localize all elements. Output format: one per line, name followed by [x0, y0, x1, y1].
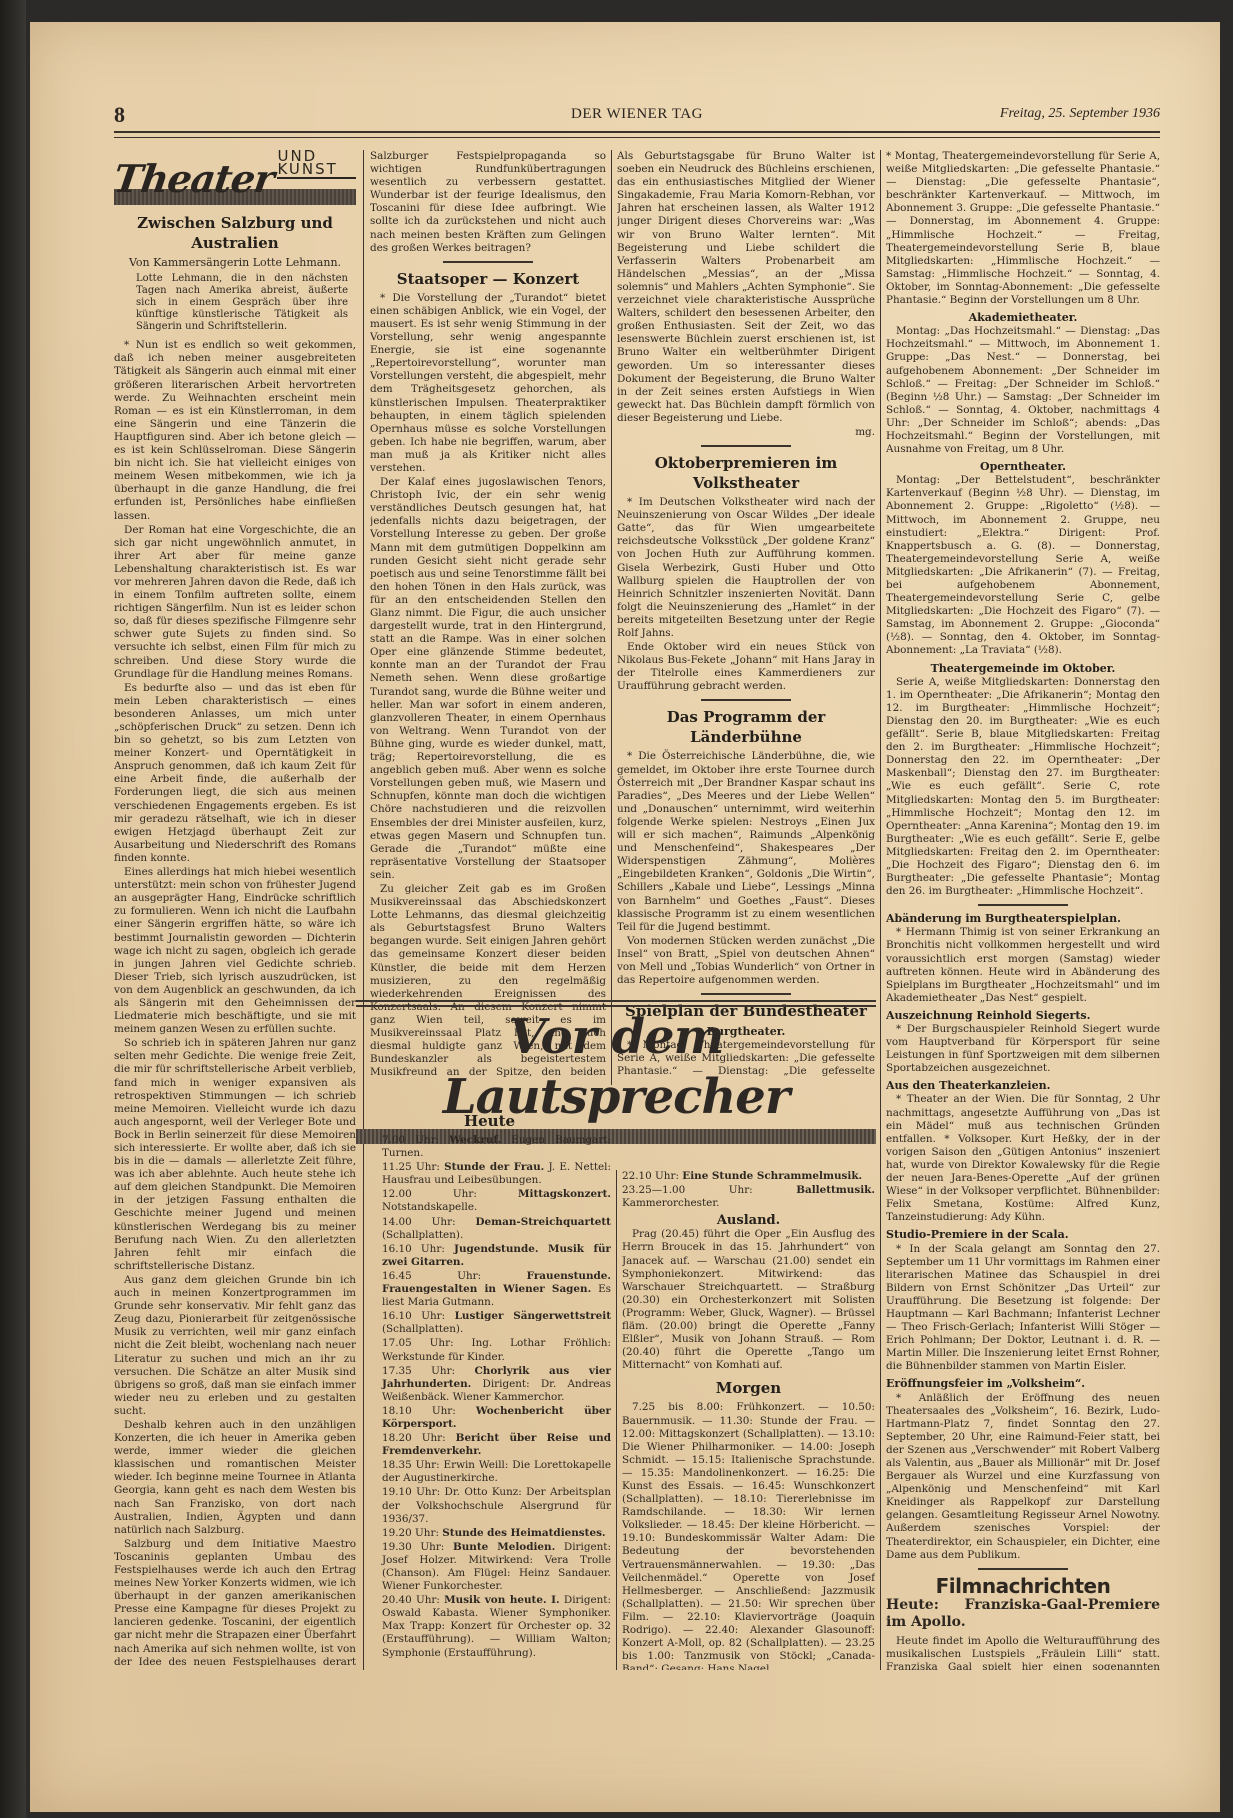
radio-entry: 16.10 Uhr: Jugendstunde. Musik für zwei …: [382, 1243, 611, 1269]
column-divider: [880, 150, 881, 1670]
book-binding-edge: [0, 0, 26, 1818]
radio-entry: 18.10 Uhr: Wochenbericht über Körperspor…: [382, 1405, 611, 1431]
section-title-caps: UND KUNST: [277, 150, 356, 179]
radio-entry: 16.45 Uhr: Frauenstunde. Frauengestalten…: [382, 1270, 611, 1309]
column-divider: [363, 150, 364, 1670]
banner-rule: [356, 1000, 876, 1007]
article-signature: mg.: [617, 426, 875, 439]
article-intro: Lotte Lehmann, die in den nächsten Tagen…: [136, 273, 348, 333]
radio-heading-abroad: Ausland.: [622, 1214, 875, 1227]
separator: [978, 904, 1068, 906]
separator: [978, 1568, 1068, 1570]
notice-text: * Hermann Thimig ist von seiner Erkranku…: [886, 926, 1160, 1005]
notice-text: * Anläßlich der Eröffnung des neuen Thea…: [886, 1392, 1160, 1562]
paragraph: Von modernen Stücken werden zunächst „Di…: [617, 935, 875, 987]
radio-entry: 18.35 Uhr: Erwin Weill: Die Loretto­kape…: [382, 1459, 611, 1485]
separator: [443, 261, 533, 263]
issue-date: Freitag, 25. September 1936: [1000, 106, 1160, 122]
radio-heading-tomorrow: Morgen: [622, 1378, 875, 1398]
notice-text: * Der Burgschauspieler Reinhold Siegert …: [886, 1023, 1160, 1075]
article-byline: Von Kammersängerin Lotte Lehmann.: [114, 256, 356, 269]
column-4: * Montag, Theatergemeindevorstellung für…: [886, 150, 1160, 1670]
column-1: Theater UND KUNST Zwischen Salzburg und …: [114, 150, 356, 1670]
radio-entry: 19.20 Uhr: Stunde des Heimatdienstes.: [382, 1527, 611, 1540]
radio-abroad-column: 22.10 Uhr: Eine Stunde Schrammelmusik. 2…: [622, 1170, 875, 1670]
paragraph: Salzburger Festspielpropaganda so wichti…: [370, 150, 606, 255]
radio-banner: Vor dem Lautsprecher: [356, 1000, 876, 1095]
radio-entry: 20.40 Uhr: Musik von heute. I. Dirigent:…: [382, 1594, 611, 1659]
paragraph: * Nun ist es endlich so weit gekommen, d…: [114, 339, 356, 522]
paragraph: Der Kalaf eines jugoslawischen Tenors, C…: [370, 476, 606, 882]
paragraph: * Montag, Theatergemeindevorstellung für…: [886, 150, 1160, 307]
radio-entry: 14.00 Uhr: Deman-Streichquartett (Schall…: [382, 1216, 611, 1242]
notice-text: * Theater an der Wien. Die für Sonntag, …: [886, 1093, 1160, 1224]
radio-entry: 17.05 Uhr: Ing. Lothar Fröhlich: Werkstu…: [382, 1337, 611, 1363]
notice-heading: Auszeichnung Reinhold Siegerts.: [886, 1009, 1160, 1022]
masthead-rule: [114, 131, 1160, 138]
radio-today-column: Heute 7.00 Uhr: Weckruf. Eugen Baumgart:…: [368, 1105, 611, 1670]
radio-heading-today: Heute: [368, 1111, 611, 1131]
paragraph: Salzburg und dem Initiative Maestro Tosc…: [114, 1538, 356, 1670]
notice-heading: Eröffnungsfeier im „Volksheim“.: [886, 1377, 1160, 1390]
notice-heading: Abänderung im Burgtheaterspielplan.: [886, 912, 1160, 925]
paragraph: Serie A, weiße Mitgliedskarten: Donnerst…: [886, 676, 1160, 899]
article-headline: Oktoberpremieren im Volkstheater: [617, 453, 875, 493]
film-text: Heute findet im Apollo die Welturaufführ…: [886, 1635, 1160, 1670]
masthead: 8 DER WIENER TAG Freitag, 25. September …: [114, 102, 1160, 130]
radio-entry: 22.10 Uhr: Eine Stunde Schrammelmusik.: [622, 1170, 875, 1183]
paragraph: Ende Oktober wird ein neues Stück von Ni…: [617, 641, 875, 693]
notice-text: * In der Scala gelangt am Sonntag den 27…: [886, 1243, 1160, 1374]
paragraph: * Die Österreichische Länderbühne, die, …: [617, 750, 875, 933]
radio-abroad-text: Prag (20.45) führt die Oper „Ein Ausflug…: [622, 1228, 875, 1372]
paragraph: * Im Deutschen Volkstheater wird nach de…: [617, 496, 875, 640]
film-section-title: Filmnachrichten: [886, 1580, 1160, 1593]
paragraph: * Die Vorstellung der „Turandot“ bietet …: [370, 292, 606, 475]
paragraph: Deshalb kehren auch in den unzähligen Ko…: [114, 1419, 356, 1537]
paragraph: Als Geburtstagsgabe für Bruno Walter ist…: [617, 150, 875, 425]
paragraph: Montag: „Das Hochzeitsmahl.“ — Dienstag:…: [886, 325, 1160, 456]
column-divider: [611, 150, 612, 1085]
paragraph: Eines allerdings hat mich hiebei wesentl…: [114, 866, 356, 1036]
radio-entry: 12.00 Uhr: Mittagskonzert. Notstandskape…: [382, 1188, 611, 1214]
radio-entry: 23.25—1.00 Uhr: Ballettmusik. Kammerorch…: [622, 1184, 875, 1210]
column-2: Salzburger Festspielpropaganda so wichti…: [370, 150, 606, 1080]
column-3: Als Geburtstagsgabe für Bruno Walter ist…: [617, 150, 875, 1080]
paragraph: Es bedurfte also — und das ist eben für …: [114, 682, 356, 865]
article-headline: Staatsoper — Konzert: [370, 269, 606, 289]
article-headline: Das Programm der Länderbühne: [617, 707, 875, 747]
radio-entry: 7.00 Uhr: Weckruf. Eugen Baumgart: Turne…: [382, 1134, 611, 1160]
notice-heading: Aus den Theaterkanzleien.: [886, 1079, 1160, 1092]
radio-entry: 19.10 Uhr: Dr. Otto Kunz: Der Arbeitspla…: [382, 1486, 611, 1525]
radio-entry: 16.10 Uhr: Lustiger Sängerwettstreit (Sc…: [382, 1310, 611, 1336]
section-title-script: Theater: [114, 172, 274, 185]
radio-entry: 17.35 Uhr: Chorlyrik aus vier Jahrhunder…: [382, 1365, 611, 1404]
paragraph: Montag: „Der Bettelstudent“, beschränkte…: [886, 474, 1160, 657]
paragraph: So schrieb ich in späteren Jahren nur ga…: [114, 1037, 356, 1273]
separator: [701, 993, 791, 995]
column-divider: [616, 1170, 617, 1670]
article-headline: Zwischen Salzburg und Australien: [114, 213, 356, 253]
radio-tomorrow-text: 7.25 bis 8.00: Frühkonzert. — 10.50: Bau…: [622, 1401, 875, 1670]
radio-entry: 18.20 Uhr: Bericht über Reise und Fremde…: [382, 1432, 611, 1458]
notice-heading: Studio-Premiere in der Scala.: [886, 1228, 1160, 1241]
film-headline: Heute: Franziska-Gaal-Premiere im Apollo…: [886, 1597, 1160, 1631]
subheading: Operntheater.: [886, 460, 1160, 473]
section-logo: Theater UND KUNST: [114, 150, 356, 185]
radio-entry: 11.25 Uhr: Stunde der Frau. J. E. Nettel…: [382, 1161, 611, 1187]
radio-program-list: 7.00 Uhr: Weckruf. Eugen Baumgart: Turne…: [368, 1134, 611, 1660]
paragraph: Der Roman hat eine Vorgeschichte, die an…: [114, 524, 356, 681]
radio-entry: 19.30 Uhr: Bunte Melodien. Dirigent: Jos…: [382, 1541, 611, 1593]
subheading: Theatergemeinde im Oktober.: [886, 662, 1160, 675]
separator: [701, 699, 791, 701]
subheading: Akademietheater.: [886, 311, 1160, 324]
paragraph: Aus ganz dem gleichen Grunde bin ich auc…: [114, 1274, 356, 1418]
separator: [701, 445, 791, 447]
